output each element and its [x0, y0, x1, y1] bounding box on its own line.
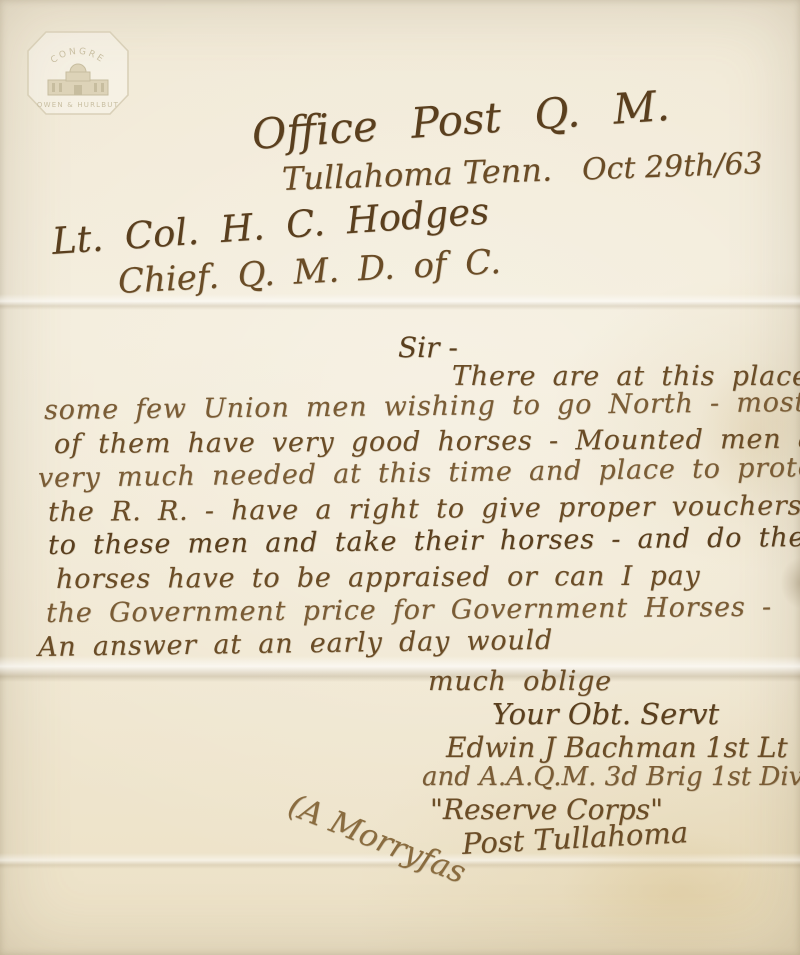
heading-office-line: Office Post Q. M. [250, 81, 671, 159]
signature: Edwin J Bachman 1st Lt [446, 731, 788, 764]
heading-date: Oct 29th/63 [581, 146, 763, 187]
body-line: the Government price for Government Hors… [46, 592, 772, 629]
letter-page: CONGRESS OWEN & HURLBUT Office Post Q. M… [0, 0, 800, 955]
body-line: horses have to be appraised or can I pay [56, 561, 701, 595]
body-line: An answer at an early day would [38, 625, 554, 663]
salutation: Sir - [398, 331, 458, 364]
body-line: some few Union men wishing to go North -… [44, 387, 800, 426]
body-line: to these men and take their horses - and… [48, 522, 800, 561]
body-line: much oblige [428, 666, 612, 697]
stamp-maker-text: OWEN & HURLBUT [37, 101, 119, 109]
embossed-stamp-graphic: CONGRESS OWEN & HURLBUT [26, 30, 130, 116]
heading-place: Tullahoma Tenn. [281, 151, 552, 198]
embossed-stamp: CONGRESS OWEN & HURLBUT [26, 30, 130, 116]
signature-title: and A.A.Q.M. 3d Brig 1st Div [422, 762, 800, 792]
edge-crease [770, 548, 800, 618]
closing-valediction: Your Obt. Servt [492, 697, 719, 731]
